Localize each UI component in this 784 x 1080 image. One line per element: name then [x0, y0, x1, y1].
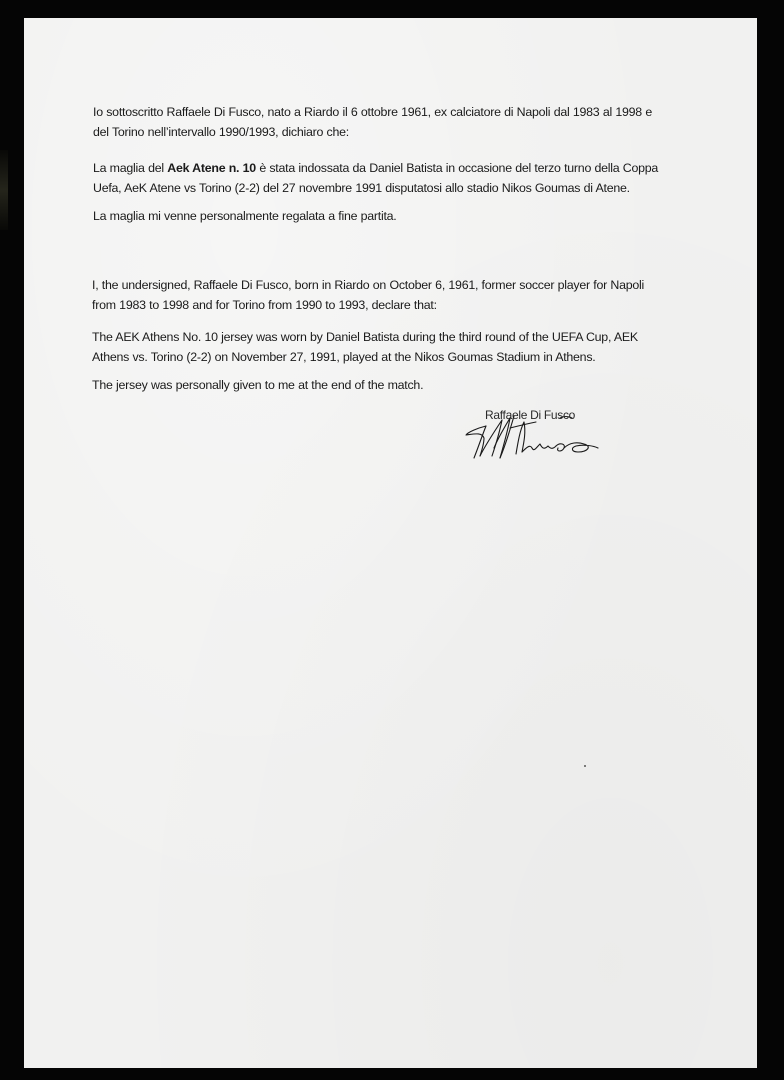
signature-block: Raffaele Di Fusco [460, 408, 640, 468]
text-line: del Torino nell’intervallo 1990/1993, di… [93, 122, 652, 142]
text-segment: è stata indossata da Daniel Batista in o… [256, 161, 658, 175]
text-line: La maglia del Aek Atene n. 10 è stata in… [93, 158, 658, 178]
english-declaration-gift: The jersey was personally given to me at… [92, 375, 423, 395]
text-line: Io sottoscritto Raffaele Di Fusco, nato … [93, 102, 652, 122]
handwritten-signature [460, 408, 640, 468]
jersey-highlight: Aek Atene n. 10 [167, 161, 256, 175]
italian-declaration-intro: Io sottoscritto Raffaele Di Fusco, nato … [93, 102, 652, 142]
scan-edge-artifact [0, 150, 8, 230]
text-segment: La maglia del [93, 161, 167, 175]
english-declaration-intro: I, the undersigned, Raffaele Di Fusco, b… [92, 275, 644, 315]
document-page: Io sottoscritto Raffaele Di Fusco, nato … [24, 18, 757, 1068]
text-line: The jersey was personally given to me at… [92, 375, 423, 395]
text-line: La maglia mi venne personalmente regalat… [93, 206, 397, 226]
text-line: The AEK Athens No. 10 jersey was worn by… [92, 327, 638, 347]
italian-declaration-jersey: La maglia del Aek Atene n. 10 è stata in… [93, 158, 658, 198]
text-line: from 1983 to 1998 and for Torino from 19… [92, 295, 644, 315]
english-declaration-jersey: The AEK Athens No. 10 jersey was worn by… [92, 327, 638, 367]
scan-speck [584, 765, 586, 767]
italian-declaration-gift: La maglia mi venne personalmente regalat… [93, 206, 397, 226]
text-line: Athens vs. Torino (2-2) on November 27, … [92, 347, 638, 367]
text-line: Uefa, AeK Atene vs Torino (2-2) del 27 n… [93, 178, 658, 198]
text-line: I, the undersigned, Raffaele Di Fusco, b… [92, 275, 644, 295]
